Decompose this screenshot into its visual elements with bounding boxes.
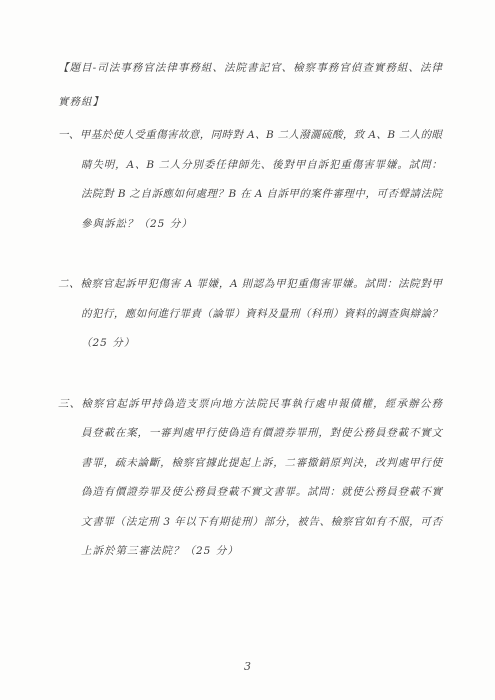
question-3: 三、檢察官起訴甲持偽造支票向地方法院民事執行處申報債權，經承辦公務 員登載在案，… xyxy=(58,390,442,567)
question-2-line-3: （25 分） xyxy=(58,329,442,359)
question-3-line-6: 上訴於第三審法院？（25 分） xyxy=(58,537,442,567)
question-1-line-4: 參與訴訟？（25 分） xyxy=(58,210,442,240)
question-3-line-2: 員登載在案，一審判處甲行使偽造有價證券罪刑，對使公務員登載不實文 xyxy=(58,419,442,449)
question-1-line-3: 法院對 B 之自訴應如何處理？B 在 A 自訴甲的案件審理中，可否聲請法院 xyxy=(58,180,442,210)
question-2-line-2: 的犯行，應如何進行罪責（論罪）資料及量刑（科刑）資料的調查與辯論？ xyxy=(58,300,442,330)
document-content: 【題目-司法事務官法律事務組、法院書記官、檢察事務官偵查實務組、法律 實務組】 … xyxy=(58,51,442,567)
question-1: 一、甲基於使人受重傷害故意，同時對 A、B 二人潑灑硫酸，致 A、B 二人的眼 … xyxy=(58,121,442,239)
question-3-line-3: 書罪，疏未論斷，檢察官據此提起上訴，二審撤銷原判決，改判處甲行使 xyxy=(58,449,442,479)
exam-title-line-1: 【題目-司法事務官法律事務組、法院書記官、檢察事務官偵查實務組、法律 xyxy=(58,51,442,85)
question-3-line-1: 三、檢察官起訴甲持偽造支票向地方法院民事執行處申報債權，經承辦公務 xyxy=(58,390,442,420)
exam-title: 【題目-司法事務官法律事務組、法院書記官、檢察事務官偵查實務組、法律 實務組】 xyxy=(58,51,442,119)
question-2: 二、檢察官起訴甲犯傷害 A 罪嫌，A 則認為甲犯重傷害罪嫌。試問：法院對甲 的犯… xyxy=(58,270,442,359)
question-1-line-2: 睛失明，A、B 二人分別委任律師先、後對甲自訴犯重傷害罪嫌。試問： xyxy=(58,151,442,181)
exam-title-line-2: 實務組】 xyxy=(58,85,442,119)
document-page: 【題目-司法事務官法律事務組、法院書記官、檢察事務官偵查實務組、法律 實務組】 … xyxy=(0,0,495,700)
question-1-line-1: 一、甲基於使人受重傷害故意，同時對 A、B 二人潑灑硫酸，致 A、B 二人的眼 xyxy=(58,121,442,151)
question-3-line-4: 偽造有價證券罪及使公務員登載不實文書罪。試問：就使公務員登載不實 xyxy=(58,478,442,508)
page-number: 3 xyxy=(0,660,495,673)
question-2-line-1: 二、檢察官起訴甲犯傷害 A 罪嫌，A 則認為甲犯重傷害罪嫌。試問：法院對甲 xyxy=(58,270,442,300)
question-3-line-5: 文書罪（法定刑 3 年以下有期徒刑）部分，被告、檢察官如有不服，可否 xyxy=(58,508,442,538)
